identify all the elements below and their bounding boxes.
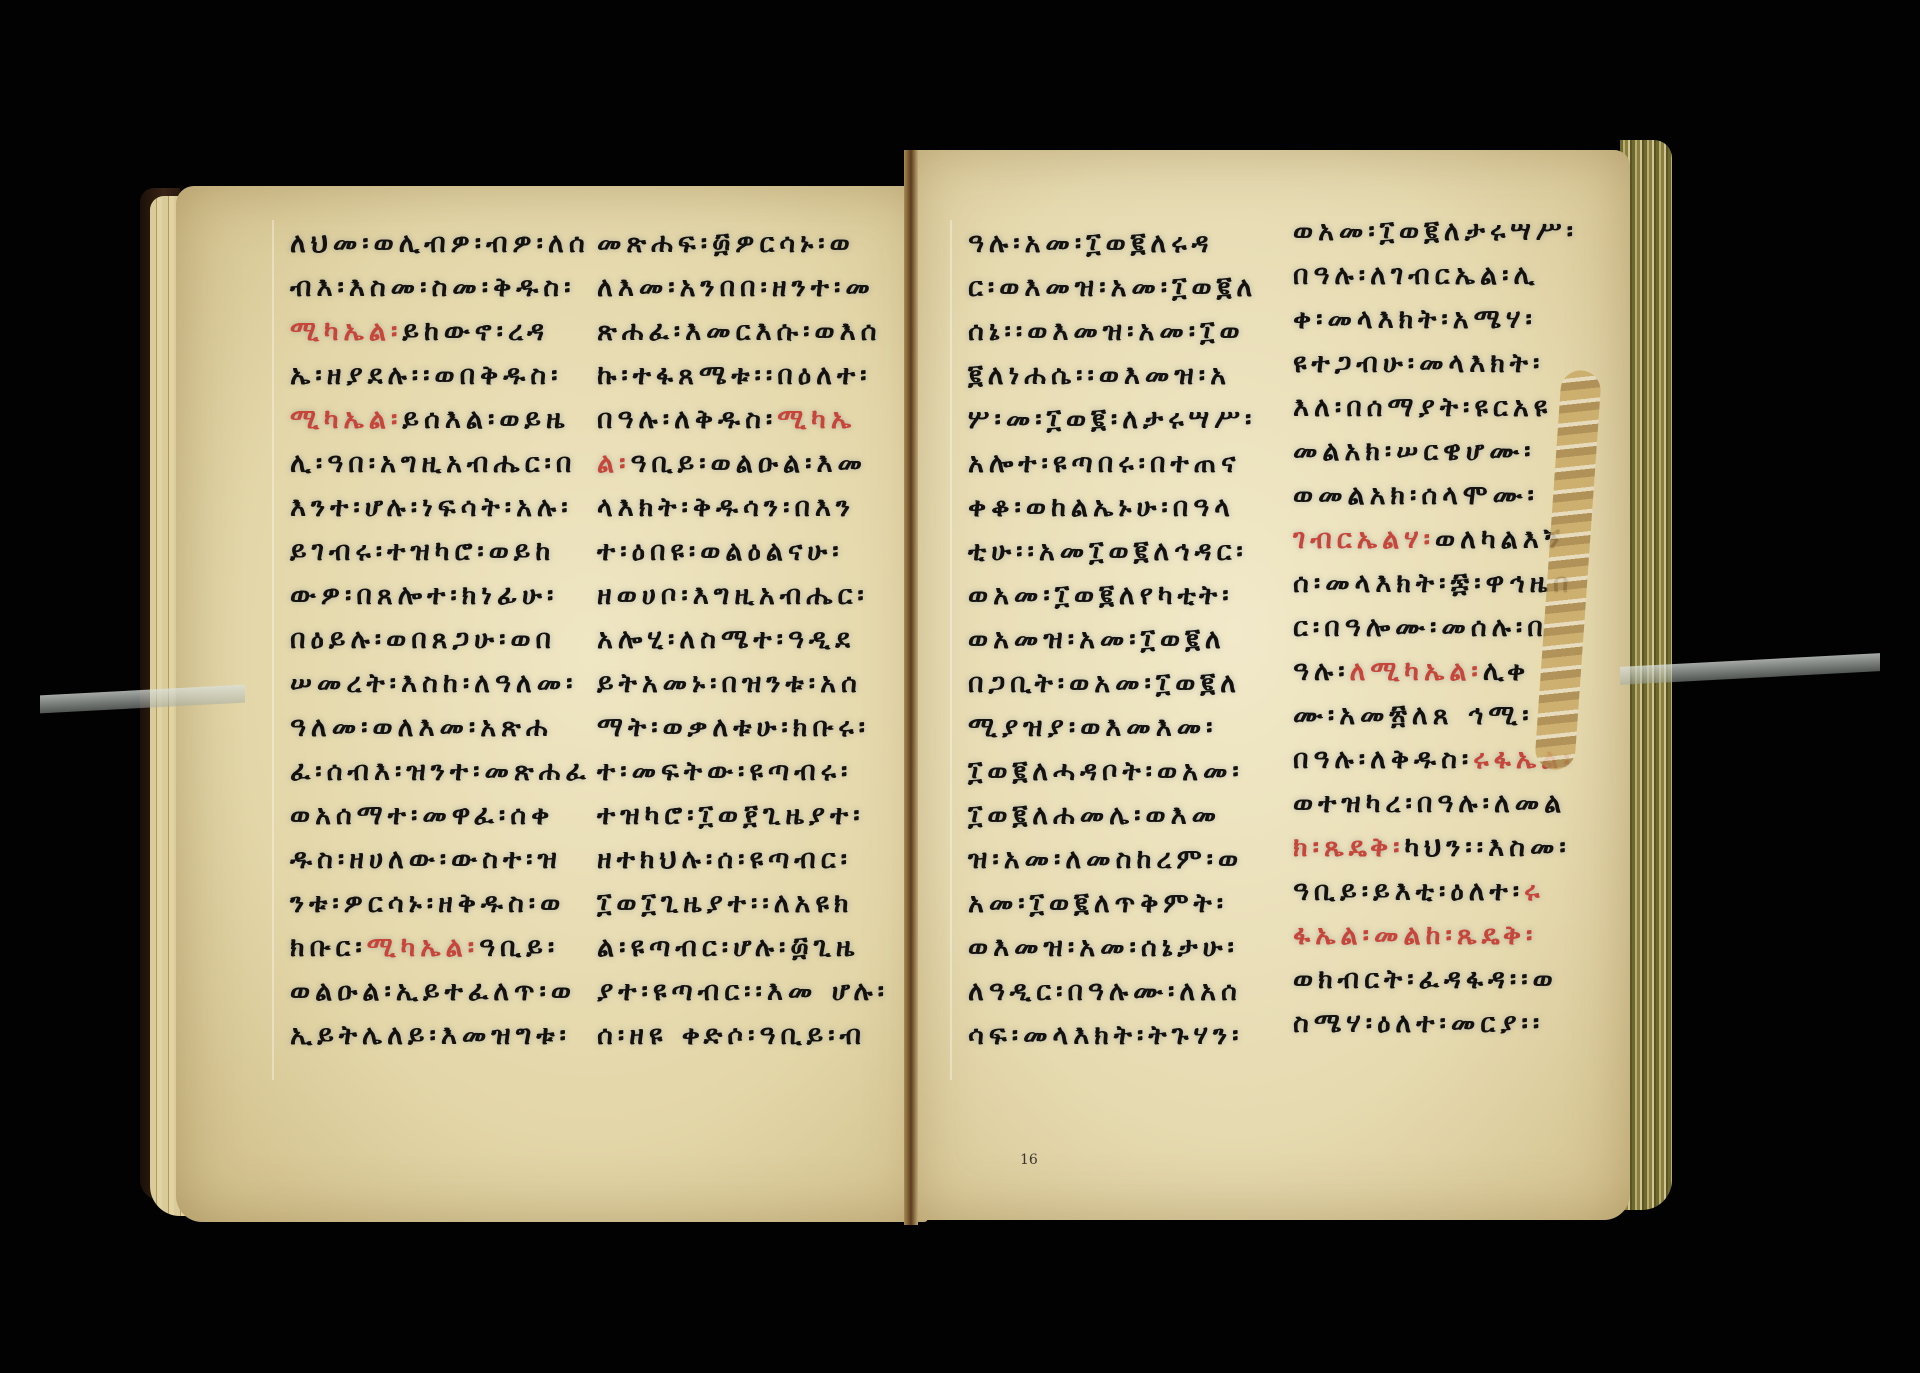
manuscript-line: ወአመ፡፲ወ፪ለታሩሣሥ፡	[1293, 210, 1578, 254]
manuscript-line: ሳፍ፡መላእክት፡ትጉሃን፡	[968, 1014, 1257, 1058]
manuscript-line: ል፡ዓቢይ፡ወልዑል፡እመ	[597, 442, 889, 486]
manuscript-line: መጽሐፍ፡፴ዎርሳኑ፡ወ	[597, 222, 889, 266]
manuscript-line: ዓለመ፡ወለእመ፡አጽሐ	[290, 706, 591, 750]
manuscript-line: ወመልአክ፡ሰላሞሙ፡	[1293, 474, 1578, 518]
manuscript-line: ወእመዝ፡አመ፡ሰኔታሁ፡	[968, 926, 1257, 970]
manuscript-line: ፲ወ፪ለሓዳቦት፡ወአመ፡	[968, 750, 1257, 794]
manuscript-line: በዓሉ፡ለቅዱስ፡ሚካኤ	[597, 398, 889, 442]
manuscript-line: ኢይትሌለይ፡እመዝግቱ፡	[290, 1014, 591, 1058]
manuscript-line: ለዓዲር፡በዓሉሙ፡ለአሰ	[968, 970, 1257, 1014]
manuscript-line: ቀ፡መላእክት፡አሜሃ፡	[1293, 298, 1578, 342]
gutter	[904, 150, 918, 1225]
manuscript-line: እንተ፡ሆሉ፡ነፍሳት፡አሉ፡	[290, 486, 591, 530]
manuscript-line: ጽሐፈ፡እመርእሱ፡ወእሰ	[597, 310, 889, 354]
manuscript-line: ይትአመኑ፡በዝንቱ፡አሰ	[597, 662, 889, 706]
manuscript-line: ሊ፡ዓበ፡አግዚአብሔር፡በ	[290, 442, 591, 486]
manuscript-line: ዘወሀቦ፡እግዚአብሔር፡	[597, 574, 889, 618]
manuscript-line: ዘተክህሉ፡ሰ፡ዩጣብር፡	[597, 838, 889, 882]
manuscript-line: ሰኔ፡፡ወእመዝ፡አመ፡፲ወ	[968, 310, 1257, 354]
left-page-column-2: መጽሐፍ፡፴ዎርሳኑ፡ወለእመ፡አንበበ፡ዘንተ፡መጽሐፈ፡እመርእሱ፡ወእሰኩ…	[597, 222, 889, 1058]
manuscript-line: ዩተጋብሁ፡መላእክት፡	[1293, 342, 1578, 386]
manuscript-line: ወአመ፡፲ወ፪ለየካቲት፡	[968, 574, 1257, 618]
manuscript-line: ተዝካሮ፡፲ወ፻ጊዜያተ፡	[597, 794, 889, 838]
manuscript-line: አመ፡፲ወ፪ለጥቅምት፡	[968, 882, 1257, 926]
manuscript-line: ፋኤል፡መልከ፡ጼዴቅ፡	[1293, 914, 1578, 958]
manuscript-line: ስሜሃ፡ዕለተ፡መርያ፡፡	[1293, 1002, 1578, 1046]
manuscript-line: አሎሂ፡ለስሜተ፡ዓዲደ	[597, 618, 889, 662]
rubric-text: ሚካኤ	[777, 404, 856, 435]
manuscript-line: ማት፡ወቃለቱሁ፡ክቡሩ፡	[597, 706, 889, 750]
manuscript-line: ር፡በዓሎሙ፡መሰሉ፡በ	[1293, 606, 1578, 650]
manuscript-line: ክቡር፡ሚካኤል፡ዓቢይ፡	[290, 926, 591, 970]
manuscript-line: ብእ፡እስመ፡ስመ፡ቅዱስ፡	[290, 266, 591, 310]
manuscript-line: እለ፡በሰማያት፡ዩርአዩ	[1293, 386, 1578, 430]
manuscript-line: ወአሰማተ፡መዋፈ፡ሰቀ	[290, 794, 591, 838]
manuscript-line: ር፡ወእመዝ፡አመ፡፲ወ፪ለ	[968, 266, 1257, 310]
manuscript-line: ዓቢይ፡ይእቲ፡ዕለተ፡ሩ	[1293, 870, 1578, 914]
manuscript-line: ወተዝካረ፡በዓሉ፡ለመል	[1293, 782, 1578, 826]
manuscript-line: ፲ወ፲ጊዜያተ፡፡ለአዩክ	[597, 882, 889, 926]
manuscript-line: ዱስ፡ዘሀለው፡ውስተ፡ዝ	[290, 838, 591, 882]
photo-scene: ለህመ፡ወሊብዎ፡ብዎ፡ለሰብእ፡እስመ፡ስመ፡ቅዱስ፡ሚካኤል፡ይከውኖ፡ረዳ…	[0, 0, 1920, 1373]
manuscript-line: ለእመ፡አንበበ፡ዘንተ፡መ	[597, 266, 889, 310]
manuscript-line: በዕይሉ፡ወበጸጋሁ፡ወበ	[290, 618, 591, 662]
manuscript-line: ሦ፡መ፡፲ወ፪፡ለታሩሣሥ፡	[968, 398, 1257, 442]
manuscript-line: ተ፡ዕበዩ፡ወልዕልናሁ፡	[597, 530, 889, 574]
manuscript-line: ቲሁ፡፡አመ፲ወ፪ለኅዳር፡	[968, 530, 1257, 574]
manuscript-line: ገብርኤልሃ፡ወለካልእኝ	[1293, 518, 1578, 562]
manuscript-line: ሙ፡አመ፳ለጸ ኅሚ፡	[1293, 694, 1578, 738]
manuscript-line: ሚካኤል፡ይሰእል፡ወይዜ	[290, 398, 591, 442]
manuscript-line: በዓሉ፡ለገብርኤል፡ሊ	[1293, 254, 1578, 298]
manuscript-line: ል፡ዩጣብር፡ሆሉ፡፴ጊዜ	[597, 926, 889, 970]
manuscript-line: ሠመረት፡እስከ፡ለዓለመ፡	[290, 662, 591, 706]
rubric-text: ሩ	[1524, 876, 1544, 907]
manuscript-line: ንቱ፡ዎርሳኑ፡ዘቅዱስ፡ወ	[290, 882, 591, 926]
manuscript-line: ፲ወ፪ለሐመሌ፡ወእመ	[968, 794, 1257, 838]
manuscript-line: ኤ፡ዘያደሉ፡፡ወበቅዱስ፡	[290, 354, 591, 398]
rubric-text: ሚካኤል፡	[367, 932, 479, 963]
manuscript-line: ለህመ፡ወሊብዎ፡ብዎ፡ለሰ	[290, 222, 591, 266]
manuscript-line: ዓሉ፡ለሚካኤል፡ሊቀ	[1293, 650, 1578, 694]
manuscript-line: ወክብርት፡ፈዳፋዳ፡፡ወ	[1293, 958, 1578, 1002]
manuscript-line: ያተ፡ዩጣብር፡፡እመ ሆሉ፡	[597, 970, 889, 1014]
manuscript-line: መልአክ፡ሠርዌሆሙ፡	[1293, 430, 1578, 474]
folio-number: 16	[1020, 1152, 1038, 1168]
manuscript-line: ፈ፡ሰብእ፡ዝንተ፡መጽሐፈ	[290, 750, 591, 794]
manuscript-line: በጋቢት፡ወአመ፡፲ወ፪ለ	[968, 662, 1257, 706]
right-page-column-2: ወአመ፡፲ወ፪ለታሩሣሥ፡በዓሉ፡ለገብርኤል፡ሊቀ፡መላእክት፡አሜሃ፡ዩተጋ…	[1293, 210, 1578, 1046]
manuscript-line: ዓሉ፡አመ፡፲ወ፪ለሩዳ	[968, 222, 1257, 266]
manuscript-line: ሚያዝያ፡ወእመእመ፡	[968, 706, 1257, 750]
manuscript-line: ወአመዝ፡አመ፡፲ወ፪ለ	[968, 618, 1257, 662]
manuscript-line: ሰ፡መላእክት፡፷፡ዋኅዜበ	[1293, 562, 1578, 606]
left-page-column-1: ለህመ፡ወሊብዎ፡ብዎ፡ለሰብእ፡እስመ፡ስመ፡ቅዱስ፡ሚካኤል፡ይከውኖ፡ረዳ…	[290, 222, 591, 1058]
manuscript-line: ቀቆ፡ወከልኤኑሁ፡በዓላ	[968, 486, 1257, 530]
manuscript-line: ላእክት፡ቅዱሳን፡በእን	[597, 486, 889, 530]
manuscript-line: አሎተ፡ዩጣበሩ፡በተጠና	[968, 442, 1257, 486]
manuscript-line: ይገብሩ፡ተዝካሮ፡ወይከ	[290, 530, 591, 574]
manuscript-line: ዝ፡አመ፡ለመስከረም፡ወ	[968, 838, 1257, 882]
manuscript-line: ወልዑል፡ኢይተፈለጥ፡ወ	[290, 970, 591, 1014]
manuscript-line: ውዎ፡በጸሎተ፡ክነፊሁ፡	[290, 574, 591, 618]
ruling-line	[950, 220, 952, 1080]
right-page-column-1: ዓሉ፡አመ፡፲ወ፪ለሩዳር፡ወእመዝ፡አመ፡፲ወ፪ለሰኔ፡፡ወእመዝ፡አመ፡፲ወ…	[968, 222, 1257, 1058]
manuscript-line: ሚካኤል፡ይከውኖ፡ረዳ	[290, 310, 591, 354]
ruling-line	[272, 220, 274, 1080]
manuscript-line: ፪ለነሐሴ፡፡ወእመዝ፡አ	[968, 354, 1257, 398]
manuscript-line: ኩ፡ተፋጸሜቱ፡፡በዕለተ፡	[597, 354, 889, 398]
rubric-text: ለሚካኤል፡	[1350, 656, 1483, 687]
manuscript-line: ክ፡ጼዴቅ፡ካህን፡፡እስመ፡	[1293, 826, 1578, 870]
manuscript-line: ሰ፡ዘዩ ቀድሶ፡ዓቢይ፡ብ	[597, 1014, 889, 1058]
manuscript-line: ተ፡መፍትው፡ዩጣብሩ፡	[597, 750, 889, 794]
